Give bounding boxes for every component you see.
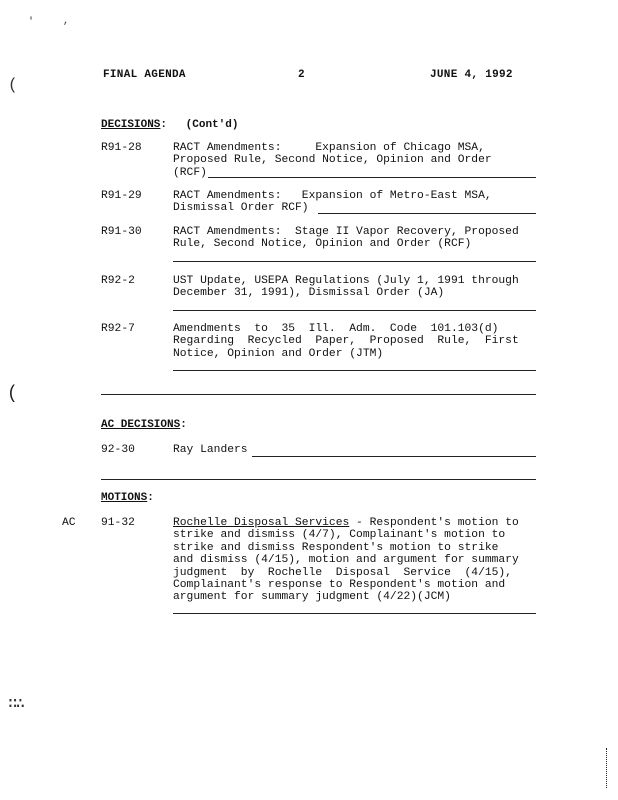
motion-prefix: AC (62, 517, 76, 529)
section-heading-ac-decisions: AC DECISIONS: (101, 419, 187, 431)
decision-description: Amendments to 35 Ill. Adm. Code 101.103(… (173, 323, 536, 360)
decision-description: UST Update, USEPA Regulations (July 1, 1… (173, 275, 536, 300)
docket-number: R91-30 (101, 226, 142, 238)
continued-label: (Cont'd) (186, 119, 239, 131)
section-heading-decisions: DECISIONS: (Cont'd) (101, 119, 238, 131)
scan-artifact-mark: ' (28, 18, 34, 28)
docket-number: R92-2 (101, 275, 135, 287)
section-heading-text: MOTIONS (101, 492, 147, 504)
signature-line (173, 261, 536, 262)
docket-number: R91-28 (101, 142, 142, 154)
page-number: 2 (298, 69, 305, 81)
section-divider (101, 394, 536, 395)
motion-description: Rochelle Disposal Services - Respondent'… (173, 517, 536, 604)
signature-line (173, 310, 536, 311)
scan-artifact-smudge: ∷∴ (8, 693, 23, 713)
document-title: FINAL AGENDA (103, 69, 186, 81)
case-name: Rochelle Disposal Services (173, 517, 349, 529)
signature-line (318, 213, 536, 214)
section-heading-text: DECISIONS (101, 119, 160, 131)
section-heading-text: AC DECISIONS (101, 419, 180, 431)
scan-artifact-bracket: ( (8, 76, 18, 94)
decision-description: RACT Amendments: Expansion of Chicago MS… (173, 142, 536, 179)
docket-number: R92-7 (101, 323, 135, 335)
docket-number: 92-30 (101, 444, 135, 456)
scan-artifact-edge-line (606, 748, 608, 788)
signature-line (252, 456, 536, 457)
signature-line (173, 613, 536, 614)
signature-line (208, 177, 536, 178)
scan-artifact-bracket: ( (7, 384, 18, 404)
scan-artifact-mark: , (63, 17, 69, 27)
signature-line (173, 370, 536, 371)
section-divider (101, 479, 536, 480)
ac-decision-party: Ray Landers (173, 444, 248, 456)
document-date: JUNE 4, 1992 (430, 69, 513, 81)
docket-number: 91-32 (101, 517, 135, 529)
docket-number: R91-29 (101, 190, 142, 202)
section-heading-motions: MOTIONS: (101, 492, 154, 504)
decision-description: RACT Amendments: Expansion of Metro-East… (173, 190, 536, 215)
decision-description: RACT Amendments: Stage II Vapor Recovery… (173, 226, 536, 251)
